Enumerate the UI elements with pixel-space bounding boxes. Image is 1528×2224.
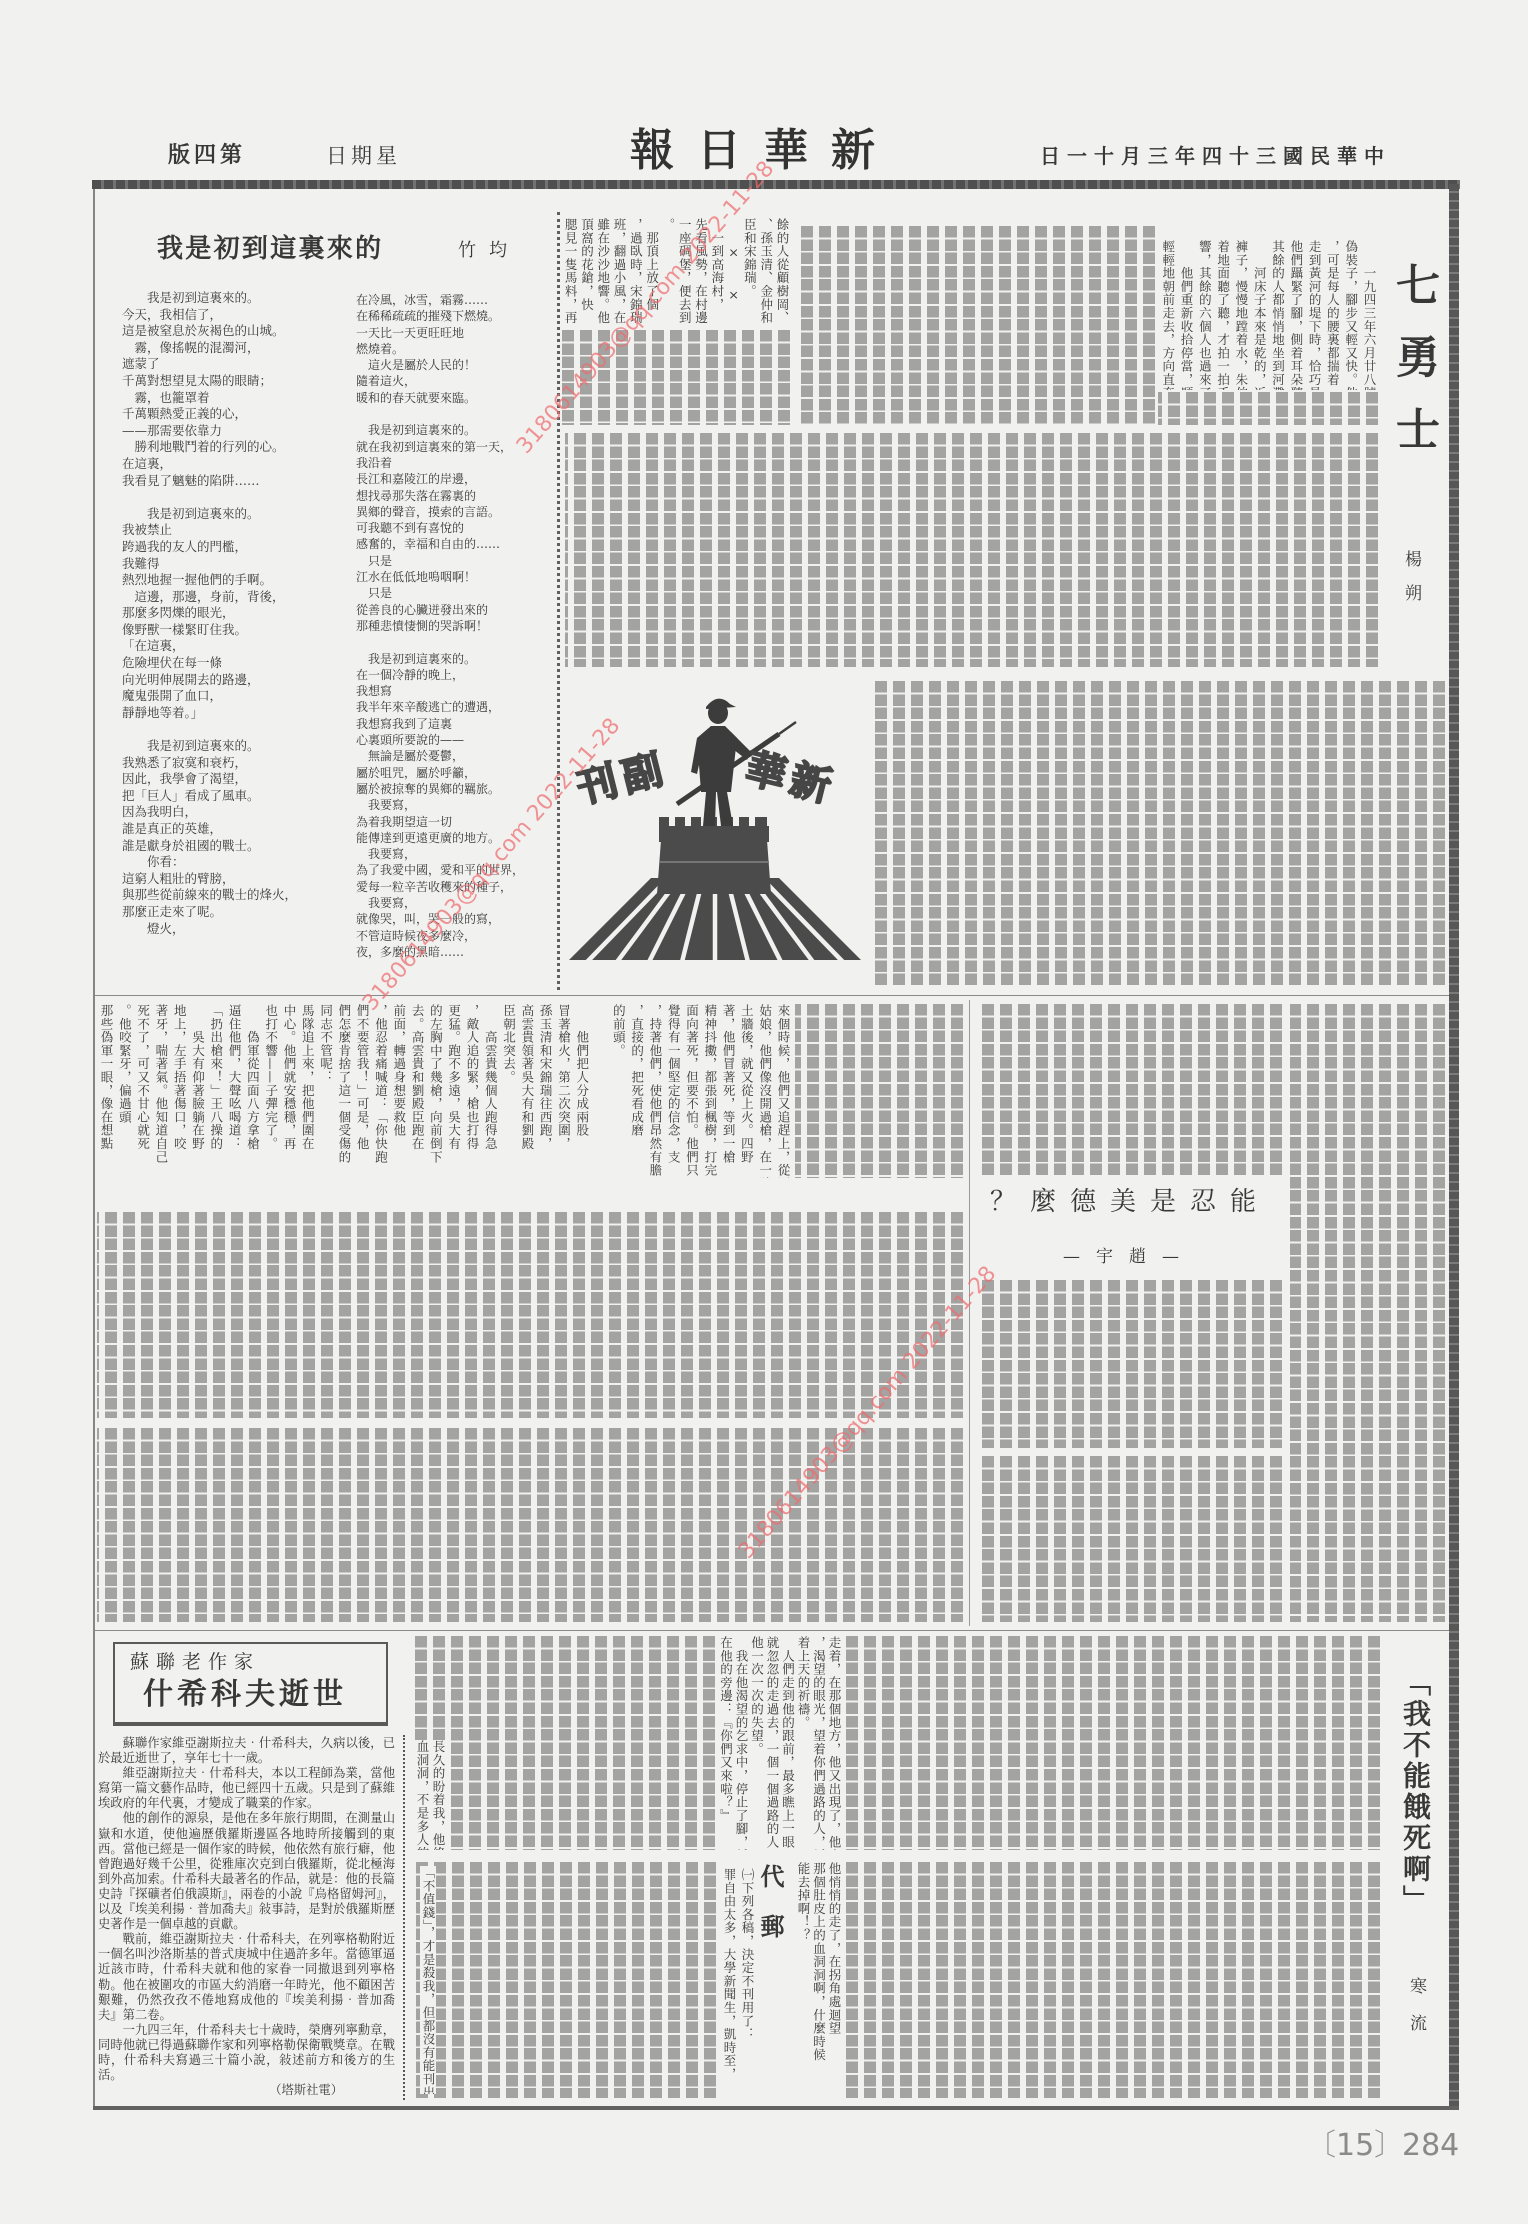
text-column: 中心。他們就安穩穩，再 bbox=[280, 1004, 298, 1178]
text-column: 孫玉清和宋錦瑞往西跑， bbox=[536, 1004, 554, 1178]
letters-far-left: 「不值錢」，才是殺我，但都沒有能刊出 bbox=[420, 1866, 436, 2094]
poem-line: 為了我愛中國，愛和平的世界， bbox=[356, 862, 554, 878]
poem-line bbox=[122, 489, 350, 506]
cannot-starve-band1: 走着，在那個地方，他又出現了，他多麼，渴望的眼光，望着你們過路的人，訴說着上天的… bbox=[718, 1636, 842, 1850]
text-column: 的前頭。 bbox=[609, 1004, 627, 1178]
poem-line: 熱烈地握一握他們的手啊。 bbox=[122, 572, 350, 589]
seven-heroes-band1-right: 一九四三年六月廿八號的偽裝子，腳步又輕又快。他們，可是每人的腰裏都揣着一枝走到黃… bbox=[1158, 240, 1378, 390]
poem-line: 把「巨人」看成了風車。 bbox=[122, 788, 350, 805]
newspaper-page: 第四版 星期日 新華日報 中華民國三十四年三月十一日 我是初到這裏來的 竹均 我… bbox=[0, 0, 1528, 2224]
poem-line: 這火是屬於人民的！ bbox=[356, 357, 554, 373]
poem-line: 從善良的心臟迸發出來的 bbox=[356, 602, 554, 618]
text-column: 、孫玉清、金仲和 bbox=[757, 218, 773, 328]
text-column: 他們躡緊了腳，側着耳朵聽了 bbox=[1287, 240, 1305, 390]
illegible-text-columns bbox=[1158, 392, 1378, 425]
poem-line: 長江和嘉陵江的岸邊， bbox=[356, 471, 554, 487]
weekday-label: 星期日 bbox=[326, 143, 401, 169]
text-column: 能去掉啊！？ bbox=[796, 1862, 812, 2098]
illegible-text-columns bbox=[976, 1456, 1282, 1622]
text-column: ，渴望的眼光，望着你們過路的人，訴說 bbox=[811, 1636, 827, 1850]
poem-line: 勝利地戰鬥着的行列的心。 bbox=[122, 439, 350, 456]
news-paragraph: 他的創作的源泉，是他在多年旅行期間，在測量山嶽和水道，使他遍歷俄羅斯邊區各地時所… bbox=[98, 1811, 395, 1932]
poem-line: 我要寫， bbox=[356, 846, 554, 862]
text-column: 褲子，慢慢地蹚着水，朱伯 bbox=[1232, 240, 1250, 390]
poem-line: 誰是真正的英雄， bbox=[122, 821, 350, 838]
text-column: ，敵人追的緊，槍也打得 bbox=[463, 1004, 481, 1178]
poem-line: 危險埋伏在每一條 bbox=[122, 655, 350, 672]
poem-title: 我是初到這裏來的 bbox=[157, 234, 383, 264]
poem-line: 誰是獻身於祖國的戰士。 bbox=[122, 838, 350, 855]
poem-line: 江水在低低地嗚咽啊！ bbox=[356, 569, 554, 585]
poem-line: 在稀稀疏疏的摧殘下燃燒。 bbox=[356, 308, 554, 324]
cannot-starve-author: 寒流 bbox=[1406, 1977, 1426, 2051]
text-column: 精神抖擻，都張到楓樹，打完了 bbox=[701, 1004, 719, 1178]
text-column: 「扔出槍來！」王八操的 bbox=[207, 1004, 225, 1178]
text-column: 。他咬緊牙，偏過頭 bbox=[115, 1004, 133, 1178]
poem-line: 心裏頭所要說的—— bbox=[356, 732, 554, 748]
frame-left-line bbox=[93, 189, 95, 2108]
text-column: ，持著他們，使他們昂然有膽 bbox=[646, 1004, 664, 1178]
text-column: 他們把人分成兩股 bbox=[572, 1004, 590, 1178]
cannot-starve-far-left: 長久的盼着我，他終血洞洞，不是多人的 bbox=[414, 1740, 446, 1850]
news-paragraph: 蘇聯作家維亞謝斯拉夫‧什希科夫，久病以後，已於最近逝世了，享年七十一歲。 bbox=[98, 1736, 395, 1766]
text-column: 馬隊追上來，把他們圍在 bbox=[298, 1004, 316, 1178]
poem-line: 感奮的，幸福和自由的…… bbox=[356, 536, 554, 552]
poem-line bbox=[356, 406, 554, 422]
poem-line: 向光明伸展開去的路邊， bbox=[122, 672, 350, 689]
poem-line: 你看： bbox=[122, 854, 350, 871]
text-column: 臣朝北突去。 bbox=[499, 1004, 517, 1178]
text-column: 我在他渴望的乞求中，停止了腳，靜 bbox=[734, 1636, 750, 1850]
poem-line: 因此，我學會了渴望， bbox=[122, 771, 350, 788]
text-column: 那些偽軍一眼，像在想點 bbox=[97, 1004, 115, 1178]
text-column: ，可是每人的腰裏都揣着一枝 bbox=[1323, 240, 1341, 390]
poem-line: 霧，也籠罩着 bbox=[122, 390, 350, 407]
illegible-text-columns bbox=[976, 1280, 1282, 1448]
illegible-text-columns bbox=[795, 1004, 963, 1178]
illegible-text-columns bbox=[795, 226, 1155, 425]
text-column: 一九四三年六月廿八號的 bbox=[1360, 240, 1378, 390]
poem-line: 今天，我相信了， bbox=[122, 307, 350, 324]
poem-line: 我想寫我到了這裏 bbox=[356, 716, 554, 732]
poem-line: 我是初到這裏來的。 bbox=[122, 290, 350, 307]
seven-heroes-title: 七勇士 bbox=[1389, 262, 1437, 478]
poem-line: 魔鬼張開了血口， bbox=[122, 688, 350, 705]
poem-line: 隨着這火， bbox=[356, 373, 554, 389]
poem-line: 異鄉的聲音，摸索的言語。 bbox=[356, 504, 554, 520]
text-column: 罪自由太多，大學新聞生，凱時至， bbox=[720, 1868, 738, 2098]
forbearance-author: —趙宇— bbox=[1063, 1246, 1195, 1268]
poem-line: 像野獸一樣緊盯住我。 bbox=[122, 622, 350, 639]
poem-line: 燈火， bbox=[122, 921, 350, 938]
text-column: 覺得有一個堅定的信念，支 bbox=[664, 1004, 682, 1178]
text-column: 臣和宋錦瑞。 bbox=[741, 218, 757, 328]
text-column: 冒著槍火，第二次突圍， bbox=[554, 1004, 572, 1178]
news-credit: （塔斯社電） bbox=[98, 2083, 395, 2098]
text-column: 同志不管呢： bbox=[316, 1004, 334, 1178]
text-column: 更猛。跑不多遠，吳大有 bbox=[444, 1004, 462, 1178]
frame-bottom-rule bbox=[93, 2106, 1459, 2110]
illegible-text-columns bbox=[872, 681, 1445, 987]
text-column: 人們走到他的跟前，最多瞧上一眼， bbox=[780, 1636, 796, 1850]
poem-line: 無論是屬於憂鬱， bbox=[356, 748, 554, 764]
illegible-text-columns bbox=[97, 1212, 963, 1418]
page-number: 284 bbox=[1402, 2129, 1459, 2163]
poem-line: 因為我明白， bbox=[122, 804, 350, 821]
poem-line: 我被禁止 bbox=[122, 522, 350, 539]
poem-line: 那種悲憤悽惻的哭訴啊！ bbox=[356, 618, 554, 634]
poem-line: 與那些從前線來的戰士的烽火， bbox=[122, 887, 350, 904]
issue-bracket: 〔15〕 bbox=[1306, 2129, 1404, 2163]
poem-line: 我想寫 bbox=[356, 683, 554, 699]
frame-right-bar bbox=[1449, 184, 1459, 2110]
poem-line: 在這裏， bbox=[122, 456, 350, 473]
poem-left-column: 我是初到這裏來的。今天，我相信了，這是被窒息於灰褐色的山城。 霧，像搖幌的混濁河… bbox=[122, 290, 350, 937]
text-column: 着上天的祈禱。 bbox=[796, 1636, 812, 1850]
text-column: 也打不響——子彈完了。 bbox=[261, 1004, 279, 1178]
section-divider bbox=[95, 995, 1449, 996]
text-column: 他們重新收拾停當，順着 bbox=[1177, 240, 1195, 390]
poem-line: 靜靜地等着。」 bbox=[122, 705, 350, 722]
text-column: 地上，左手捂著傷口，咬 bbox=[170, 1004, 188, 1178]
poem-line: 遮蒙了 bbox=[122, 356, 350, 373]
illegible-text-columns bbox=[410, 1636, 715, 1850]
text-column: 著，他們冒著死，等到一槍 bbox=[719, 1004, 737, 1178]
poem-line: 千萬對想望見太陽的眼睛； bbox=[122, 373, 350, 390]
text-column: 的左胸中了幾槍，向前倒下 bbox=[426, 1004, 444, 1178]
poem-line: 一天比一天更旺旺地 bbox=[356, 325, 554, 341]
cannot-starve-title: 「我不能餓死啊」 bbox=[1400, 1668, 1430, 1916]
text-column: 去。高雲貴和劉殿臣跑在 bbox=[408, 1004, 426, 1178]
text-column: 血洞洞，不是多人的 bbox=[414, 1740, 430, 1850]
text-column: 來個時候，他們又追趕上，從團 bbox=[774, 1004, 792, 1178]
illegible-text-columns bbox=[565, 433, 1378, 667]
text-column: 死不了，可又不甘心就死 bbox=[133, 1004, 151, 1178]
poem-line: 這窮人粗壯的臂膀， bbox=[122, 871, 350, 888]
column-divider bbox=[403, 1735, 405, 2100]
poem-line: 我難得 bbox=[122, 556, 350, 573]
text-column: 姑娘，他們像沒開過槍，在一陣窩 bbox=[755, 1004, 773, 1178]
poem-divider bbox=[557, 212, 560, 990]
text-column: 走着，在那個地方，他又出現了，他多麼 bbox=[827, 1636, 843, 1850]
text-column: ㈠下列各稿，決定不刊用了： bbox=[738, 1868, 756, 2098]
text-column: 雖在沙沙地響。他 bbox=[594, 218, 610, 328]
poem-line: 在冷風，冰雪，霜霧…… bbox=[356, 292, 554, 308]
letters-body: ㈠下列各稿，決定不刊用了：罪自由太多，大學新聞生，凱時至， bbox=[720, 1868, 756, 2098]
news-paragraph: 一九四三年，什希科夫七十歲時，榮膺列寧勳章，同時他就已得過蘇聯作家和列寧格勒保衛… bbox=[98, 2023, 395, 2083]
text-column: 響，其餘的六個人也過來了。 bbox=[1195, 240, 1213, 390]
poem-line: 我是初到這裏來的。 bbox=[122, 738, 350, 755]
text-column: 「不值錢」，才是殺我，但都沒有能刊出 bbox=[420, 1866, 436, 2094]
text-column: 偽軍從四面八方拿槍 bbox=[243, 1004, 261, 1178]
poem-line: 我看見了魑魅的陷阱…… bbox=[122, 473, 350, 490]
poem-line: 跨過我的友人的門檻， bbox=[122, 539, 350, 556]
text-column: 高雲貴幾個人跑得急 bbox=[481, 1004, 499, 1178]
poem-line: 只是 bbox=[356, 553, 554, 569]
poem-line: 屬於咀咒，屬於呼籲， bbox=[356, 765, 554, 781]
poem-line bbox=[356, 634, 554, 650]
poem-line bbox=[122, 721, 350, 738]
text-column: 前面，轉過身想要救他 bbox=[389, 1004, 407, 1178]
poem-line: 不管這時候夜多麼冷， bbox=[356, 928, 554, 944]
text-column: 河床子本來是乾的，近來 bbox=[1250, 240, 1268, 390]
poem-line: 可我聽不到有喜悅的 bbox=[356, 520, 554, 536]
poem-line: 千萬顆熱愛正義的心， bbox=[122, 406, 350, 423]
text-column: 餘的人從顧樹岡、 bbox=[774, 218, 790, 328]
text-column: 輕輕地朝前走去，方向直奔着 bbox=[1158, 240, 1176, 390]
poem-line: 夜，多麼的黑暗…… bbox=[356, 944, 554, 960]
poem-line: 我是初到這裏來的。 bbox=[356, 651, 554, 667]
text-column: 吳大有仰著臉躺在野 bbox=[188, 1004, 206, 1178]
cannot-starve-band2: 他悄悄的走了，在拐角處迴望那個肚皮上的血洞洞啊，什麼時候能去掉啊！？ bbox=[795, 1862, 842, 2098]
headline: 什希科夫逝世 bbox=[143, 1677, 347, 1713]
poem-line: 我是初到這裏來的。 bbox=[122, 506, 350, 523]
poem-line: 暖和的春天就要來臨。 bbox=[356, 390, 554, 406]
text-column: 土牆後，就又從上火。四野 bbox=[737, 1004, 755, 1178]
text-column: 們怎麼肯捨了這一個受傷的 bbox=[335, 1004, 353, 1178]
text-column: 偽裝子，腳步又輕又快。他們 bbox=[1341, 240, 1359, 390]
poem-line: 燃燒着。 bbox=[356, 341, 554, 357]
poem-line: 那麼正走來了呢。 bbox=[122, 904, 350, 921]
text-column: 在他的旁邊：『你們又來啦？』 bbox=[718, 1636, 734, 1850]
poem-line: 屬於被掠奪的異鄉的羈旅。 bbox=[356, 781, 554, 797]
poem-line: 這邊，那邊，身前，背後， bbox=[122, 589, 350, 606]
news-body: 蘇聯作家維亞謝斯拉夫‧什希科夫，久病以後，已於最近逝世了，享年七十一歲。 維亞謝… bbox=[98, 1736, 395, 2098]
text-column: ，他忍着痛喊道：「你快跑 bbox=[371, 1004, 389, 1178]
text-column: 走到黃河的堤下時，恰巧是半夜 bbox=[1305, 240, 1323, 390]
poem-line: ——那需要依靠力 bbox=[122, 423, 350, 440]
poem-line: 在一個冷靜的晚上， bbox=[356, 667, 554, 683]
text-column: 着地面聽了聽，才拍一拍手， bbox=[1213, 240, 1231, 390]
headline-kicker: 蘇聯老作家 bbox=[130, 1650, 260, 1674]
text-column: 們不要管我！」可是，他 bbox=[353, 1004, 371, 1178]
poem-line: 想找尋那失落在霧裏的 bbox=[356, 488, 554, 504]
text-column: 那個肚皮上的血洞洞啊，什麼時候 bbox=[811, 1862, 827, 2098]
text-column: ，直接的，把死看成磨 bbox=[627, 1004, 645, 1178]
text-column: 面向著死，但要不怕。他們只 bbox=[682, 1004, 700, 1178]
poem-line: 我熟悉了寂寞和衰朽， bbox=[122, 755, 350, 772]
section-divider bbox=[95, 1630, 1449, 1631]
text-column bbox=[591, 1004, 609, 1178]
seven-heroes-author: 楊朔 bbox=[1401, 550, 1421, 618]
news-paragraph: 戰前，維亞謝斯拉夫‧什希科夫，在列寧格勒附近一個名叫沙洛斯基的普式庚城中住過許多… bbox=[98, 1932, 395, 2023]
text-column: 長久的盼着我，他終 bbox=[430, 1740, 446, 1850]
text-column: 頂窩的花鎗，快 bbox=[578, 218, 594, 328]
issue-date: 中華民國三十四年三月十一日 bbox=[1040, 143, 1391, 169]
poem-line: 那麼多閃爍的眼光， bbox=[122, 605, 350, 622]
masthead-rule bbox=[92, 180, 1460, 189]
text-column: 著牙，喘著氣。他知道自己 bbox=[152, 1004, 170, 1178]
poem-line: 這是被窒息於灰褐色的山城。 bbox=[122, 323, 350, 340]
edition-label: 第四版 bbox=[168, 142, 246, 168]
middle-left-band1: 來個時候，他們又追趕上，從團姑娘，他們像沒開過槍，在一陣窩土牆後，就又從上火。四… bbox=[97, 1004, 792, 1178]
poem-line: 只是 bbox=[356, 585, 554, 601]
illegible-text-columns bbox=[846, 1862, 1380, 2098]
illegible-text-columns bbox=[846, 1636, 1380, 1850]
illegible-text-columns bbox=[976, 1004, 1282, 1175]
poem-line: 霧，像搖幌的混濁河， bbox=[122, 340, 350, 357]
text-column: 腮見一隻馬料，再 bbox=[562, 218, 578, 328]
text-column: 他一次一次的失望。 bbox=[749, 1636, 765, 1850]
poem-line: 「在這裏， bbox=[122, 638, 350, 655]
text-column: 他悄悄的走了，在拐角處迴望 bbox=[827, 1862, 843, 2098]
text-column: 就忽忽的走過去，一個一個過路的人，使 bbox=[765, 1636, 781, 1850]
forbearance-title: 能忍是美德麼？ bbox=[990, 1186, 1270, 1218]
text-column: 其餘的人都悄悄地坐到河灘上 bbox=[1268, 240, 1286, 390]
text-column: 逼住他們，大聲吆喝道： bbox=[225, 1004, 243, 1178]
letters-title: 代郵 bbox=[757, 1864, 783, 1964]
poem-line: 我半年來辛酸逃亡的遭遇， bbox=[356, 699, 554, 715]
text-column: 高雲貴領著吳大有和劉殿 bbox=[518, 1004, 536, 1178]
poem-author: 竹均 bbox=[458, 240, 520, 262]
illegible-text-columns bbox=[410, 1862, 716, 2098]
news-paragraph: 維亞謝斯拉夫‧什希科夫，本以工程師為業，當他寫第一篇文藝作品時，他已經四十五歲。… bbox=[98, 1766, 395, 1811]
text-column: × × bbox=[725, 218, 741, 328]
illegible-text-columns bbox=[1290, 1004, 1445, 1622]
poem-right-column: 在冷風，冰雪，霜霧……在稀稀疏疏的摧殘下燃燒。一天比一天更旺旺地燃燒着。 這火是… bbox=[356, 292, 554, 960]
